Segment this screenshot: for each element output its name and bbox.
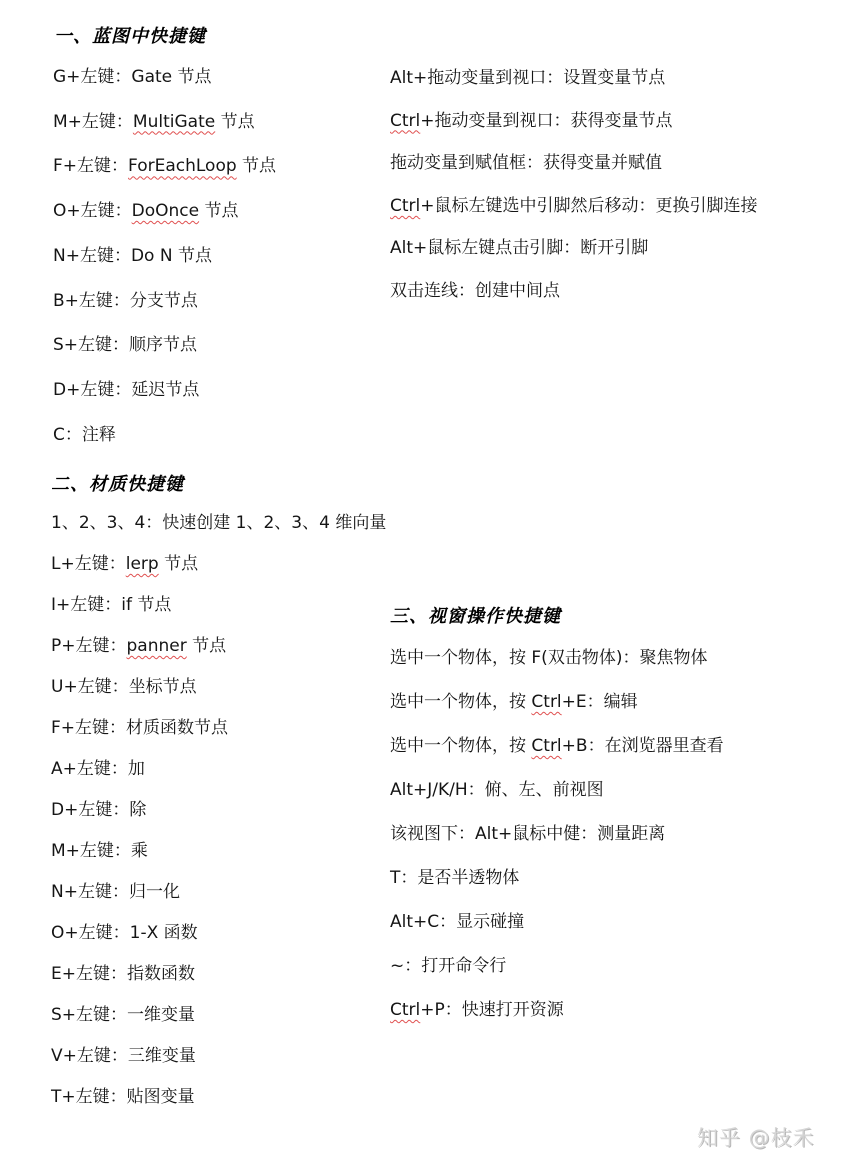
shortcut-key: M+左键：	[51, 841, 131, 861]
shortcut-row: 选中一个物体，按 Ctrl+E：编辑	[390, 691, 638, 713]
shortcut-description: +鼠标左键选中引脚然后移动：更换引脚连接	[420, 196, 757, 216]
shortcut-term: 分支节点	[130, 291, 198, 311]
shortcut-key: P+左键：	[51, 636, 127, 656]
shortcut-row: Alt+鼠标左键点击引脚：断开引脚	[390, 237, 648, 259]
shortcut-row: T：是否半透物体	[390, 867, 519, 889]
watermark: 知乎 @枝禾	[697, 1122, 815, 1152]
shortcut-prefix: 选中一个物体，按	[390, 692, 531, 712]
shortcut-row: I+左键：if 节点	[51, 594, 171, 616]
shortcut-term: 贴图变量	[127, 1087, 195, 1107]
shortcut-row: Ctrl+拖动变量到视口：获得变量节点	[390, 110, 673, 132]
shortcut-key: V+左键：	[51, 1046, 128, 1066]
shortcut-term: 指数函数	[127, 964, 195, 984]
shortcut-row: U+左键：坐标节点	[51, 676, 197, 698]
shortcut-row: D+左键：延迟节点	[53, 379, 199, 401]
section-heading-viewport: 三、视窗操作快捷键	[390, 602, 561, 628]
shortcut-row: G+左键：Gate 节点	[53, 66, 212, 88]
shortcut-term: 注释	[82, 425, 116, 445]
shortcut-row: D+左键：除	[51, 799, 146, 821]
shortcut-prefix: Alt+C：显示碰撞	[390, 912, 524, 932]
shortcut-key: F+左键：	[53, 156, 128, 176]
shortcut-description: +E：编辑	[562, 692, 638, 712]
shortcut-key: F+左键：	[51, 718, 126, 738]
shortcut-suffix: 节点	[173, 246, 212, 266]
shortcut-suffix: 节点	[215, 112, 254, 132]
shortcut-row: O+左键：DoOnce 节点	[53, 200, 238, 222]
shortcut-term: 归一化	[129, 882, 180, 902]
shortcut-row: 选中一个物体，按 F(双击物体)：聚焦物体	[390, 647, 707, 669]
shortcut-term: 乘	[131, 841, 148, 861]
shortcut-prefix: ~：打开命令行	[390, 956, 506, 976]
shortcut-key: I+左键：	[51, 595, 121, 615]
shortcut-row: ~：打开命令行	[390, 955, 506, 977]
shortcut-description: +B：在浏览器里查看	[562, 736, 724, 756]
shortcut-prefix: T：是否半透物体	[390, 868, 519, 888]
shortcut-description: +P：快速打开资源	[420, 1000, 564, 1020]
shortcut-row: B+左键：分支节点	[53, 290, 198, 312]
shortcut-row: V+左键：三维变量	[51, 1045, 196, 1067]
shortcut-row: Ctrl+P：快速打开资源	[390, 999, 564, 1021]
shortcut-row: S+左键：顺序节点	[53, 334, 197, 356]
shortcut-key: D+左键：	[53, 380, 131, 400]
shortcut-term: 快速创建 1、2、3、4 维向量	[162, 513, 386, 533]
shortcut-term: MultiGate	[133, 112, 215, 132]
shortcut-row: E+左键：指数函数	[51, 963, 195, 985]
shortcut-term: 加	[128, 759, 145, 779]
shortcut-term: 三维变量	[128, 1046, 196, 1066]
shortcut-term: 一维变量	[127, 1005, 195, 1025]
shortcut-key: Alt	[390, 68, 413, 88]
shortcut-row: 1、2、3、4：快速创建 1、2、3、4 维向量	[51, 512, 386, 534]
shortcut-term: Do N	[131, 246, 173, 266]
shortcut-row: N+左键：Do N 节点	[53, 245, 212, 267]
shortcut-key: Ctrl	[390, 111, 420, 131]
shortcut-row: S+左键：一维变量	[51, 1004, 195, 1026]
shortcut-key: A+左键：	[51, 759, 128, 779]
shortcut-row: 拖动变量到赋值框：获得变量并赋值	[390, 152, 662, 174]
shortcut-row: F+左键：ForEachLoop 节点	[53, 155, 276, 177]
shortcut-row: Alt+J/K/H：俯、左、前视图	[390, 779, 604, 801]
shortcut-term: DoOnce	[132, 201, 199, 221]
shortcut-description: +拖动变量到视口：设置变量节点	[413, 68, 665, 88]
shortcut-term: if	[121, 595, 132, 615]
shortcut-suffix: 节点	[172, 67, 211, 87]
shortcut-prefix: Alt+J/K/H：俯、左、前视图	[390, 780, 604, 800]
shortcut-key: D+左键：	[51, 800, 129, 820]
shortcut-row: M+左键：乘	[51, 840, 148, 862]
shortcut-key: 1、2、3、4：	[51, 513, 162, 533]
shortcut-term: 1-X 函数	[130, 923, 198, 943]
shortcut-row: M+左键：MultiGate 节点	[53, 111, 255, 133]
shortcut-row: Alt+C：显示碰撞	[390, 911, 524, 933]
shortcut-key: O+左键：	[53, 201, 132, 221]
shortcut-key: L+左键：	[51, 554, 126, 574]
shortcut-key: Ctrl	[390, 1000, 420, 1020]
shortcut-row: N+左键：归一化	[51, 881, 180, 903]
shortcut-row: 该视图下：Alt+鼠标中健：测量距离	[390, 823, 665, 845]
shortcut-prefix: 选中一个物体，按	[390, 736, 531, 756]
shortcut-row: T+左键：贴图变量	[51, 1086, 195, 1108]
shortcut-row: 双击连线：创建中间点	[390, 280, 560, 302]
shortcut-row: L+左键：lerp 节点	[51, 553, 198, 575]
shortcut-description: +拖动变量到视口：获得变量节点	[420, 111, 672, 131]
shortcut-term: 顺序节点	[129, 335, 197, 355]
shortcut-term: Gate	[131, 67, 172, 87]
shortcut-key: O+左键：	[51, 923, 130, 943]
shortcut-key: E+左键：	[51, 964, 127, 984]
shortcut-term: 除	[129, 800, 146, 820]
shortcut-description: +鼠标左键点击引脚：断开引脚	[413, 238, 648, 258]
section-heading-material: 二、材质快捷键	[51, 470, 184, 496]
shortcut-key: N+左键：	[51, 882, 129, 902]
shortcut-row: O+左键：1-X 函数	[51, 922, 198, 944]
shortcut-row: A+左键：加	[51, 758, 145, 780]
shortcut-prefix: 选中一个物体，按 F(双击物体)：聚焦物体	[390, 648, 707, 668]
shortcut-term: panner	[127, 636, 187, 656]
shortcut-description: 双击连线：创建中间点	[390, 281, 560, 301]
shortcut-term: ForEachLoop	[128, 156, 237, 176]
section-heading-blueprint: 一、蓝图中快捷键	[54, 22, 206, 48]
shortcut-row: Alt+拖动变量到视口：设置变量节点	[390, 67, 665, 89]
shortcut-key: N+左键：	[53, 246, 131, 266]
shortcut-term: lerp	[126, 554, 159, 574]
shortcut-key: Ctrl	[531, 736, 561, 756]
shortcut-key: Alt	[390, 238, 413, 258]
shortcut-suffix: 节点	[132, 595, 171, 615]
shortcut-row: F+左键：材质函数节点	[51, 717, 228, 739]
shortcut-suffix: 节点	[187, 636, 226, 656]
shortcut-key: S+左键：	[53, 335, 129, 355]
shortcut-key: U+左键：	[51, 677, 129, 697]
shortcut-row: 选中一个物体，按 Ctrl+B：在浏览器里查看	[390, 735, 724, 757]
shortcut-prefix: 该视图下：Alt+鼠标中健：测量距离	[390, 824, 665, 844]
shortcut-key: Ctrl	[390, 196, 420, 216]
shortcut-key: S+左键：	[51, 1005, 127, 1025]
shortcut-key: Ctrl	[531, 692, 561, 712]
shortcut-row: P+左键：panner 节点	[51, 635, 226, 657]
shortcut-term: 材质函数节点	[126, 718, 228, 738]
shortcut-row: Ctrl+鼠标左键选中引脚然后移动：更换引脚连接	[390, 195, 758, 217]
shortcut-row: C：注释	[53, 424, 116, 446]
shortcut-key: G+左键：	[53, 67, 131, 87]
shortcut-suffix: 节点	[159, 554, 198, 574]
shortcut-key: C：	[53, 425, 82, 445]
shortcut-suffix: 节点	[237, 156, 276, 176]
shortcut-key: B+左键：	[53, 291, 130, 311]
shortcut-suffix: 节点	[199, 201, 238, 221]
shortcut-term: 延迟节点	[131, 380, 199, 400]
shortcut-key: M+左键：	[53, 112, 133, 132]
shortcut-key: T+左键：	[51, 1087, 127, 1107]
shortcut-description: 拖动变量到赋值框：获得变量并赋值	[390, 153, 662, 173]
shortcut-term: 坐标节点	[129, 677, 197, 697]
